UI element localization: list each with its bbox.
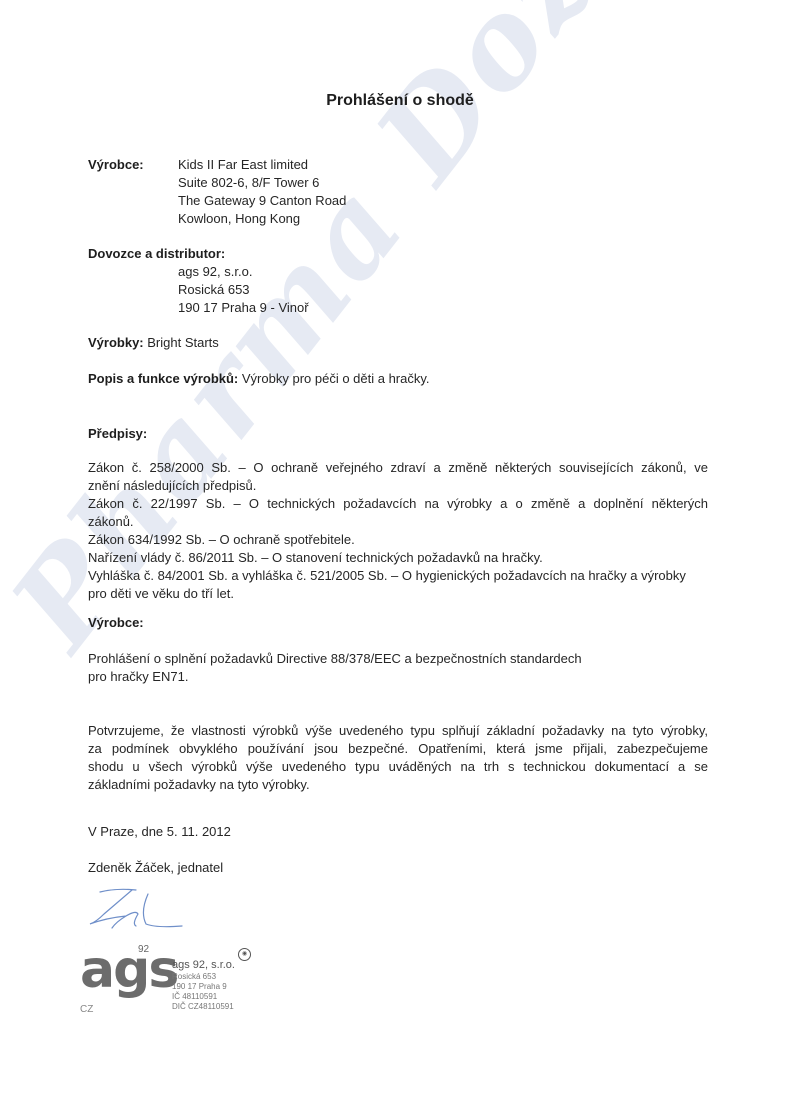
stamp-info: ags 92, s.r.o. Rosická 653 190 17 Praha … — [172, 958, 235, 1012]
importer-line: 190 17 Praha 9 - Vinoř — [178, 299, 309, 317]
regulation-line: Nařízení vlády č. 86/2011 Sb. – O stanov… — [88, 549, 708, 567]
confirmation-line: shodu u všech výrobků výše uvedeného typ… — [88, 758, 708, 776]
products-value: Bright Starts — [147, 335, 219, 350]
ags-logo: ags — [80, 942, 177, 998]
importer-label: Dovozce a distributor: — [88, 245, 225, 263]
regulation-line: znění následujících předpisů. — [88, 477, 708, 495]
regulation-line: Zákon č. 22/1997 Sb. – O technických pož… — [88, 495, 708, 513]
manufacturer-declaration-label: Výrobce: — [88, 614, 144, 632]
quality-badge-icon: ◉ — [238, 948, 251, 961]
regulation-line: Zákon č. 258/2000 Sb. – O ochraně veřejn… — [88, 459, 708, 477]
products-label: Výrobky: — [88, 335, 144, 350]
stamp-street: Rosická 653 — [172, 972, 235, 982]
declaration-line: pro hračky EN71. — [88, 668, 188, 686]
manufacturer-label: Výrobce: — [88, 156, 144, 174]
manufacturer-line: Suite 802-6, 8/F Tower 6 — [178, 174, 319, 192]
manufacturer-line: The Gateway 9 Canton Road — [178, 192, 346, 210]
signatory: Zdeněk Žáček, jednatel — [88, 859, 223, 877]
confirmation-line: Potvrzujeme, že vlastnosti výrobků výše … — [88, 722, 708, 740]
signature-icon — [86, 884, 196, 934]
declaration-line: Prohlášení o splnění požadavků Directive… — [88, 650, 582, 668]
place-date: V Praze, dne 5. 11. 2012 — [88, 823, 231, 841]
stamp-city: 190 17 Praha 9 — [172, 982, 235, 992]
document-title: Prohlášení o shodě — [0, 92, 800, 110]
stamp-company: ags 92, s.r.o. — [172, 958, 235, 972]
confirmation-paragraph: Potvrzujeme, že vlastnosti výrobků výše … — [88, 722, 708, 794]
importer-line: ags 92, s.r.o. — [178, 263, 252, 281]
regulations-label: Předpisy: — [88, 425, 147, 443]
manufacturer-line: Kowloon, Hong Kong — [178, 210, 300, 228]
ags-logo-country: CZ — [80, 1004, 93, 1015]
description-row: Popis a funkce výrobků: Výrobky pro péči… — [88, 370, 430, 388]
company-stamp: ags 92 CZ ◉ ags 92, s.r.o. Rosická 653 1… — [70, 942, 270, 1022]
regulation-line: pro děti ve věku do tří let. — [88, 585, 708, 603]
stamp-ic: IČ 48110591 — [172, 992, 235, 1002]
regulation-line: Vyhláška č. 84/2001 Sb. a vyhláška č. 52… — [88, 567, 708, 585]
ags-logo-superscript: 92 — [138, 944, 149, 955]
stamp-dic: DIČ CZ48110591 — [172, 1002, 235, 1012]
description-value: Výrobky pro péči o děti a hračky. — [242, 371, 430, 386]
regulations-list: Zákon č. 258/2000 Sb. – O ochraně veřejn… — [88, 459, 708, 603]
importer-line: Rosická 653 — [178, 281, 250, 299]
confirmation-line: základními požadavky na tyto výrobky. — [88, 776, 708, 794]
products-row: Výrobky: Bright Starts — [88, 334, 219, 352]
regulation-line: zákonů. — [88, 513, 708, 531]
manufacturer-line: Kids II Far East limited — [178, 156, 308, 174]
regulation-line: Zákon 634/1992 Sb. – O ochraně spotřebit… — [88, 531, 708, 549]
confirmation-line: za podmínek obvyklého používání jsou bez… — [88, 740, 708, 758]
description-label: Popis a funkce výrobků: — [88, 371, 238, 386]
